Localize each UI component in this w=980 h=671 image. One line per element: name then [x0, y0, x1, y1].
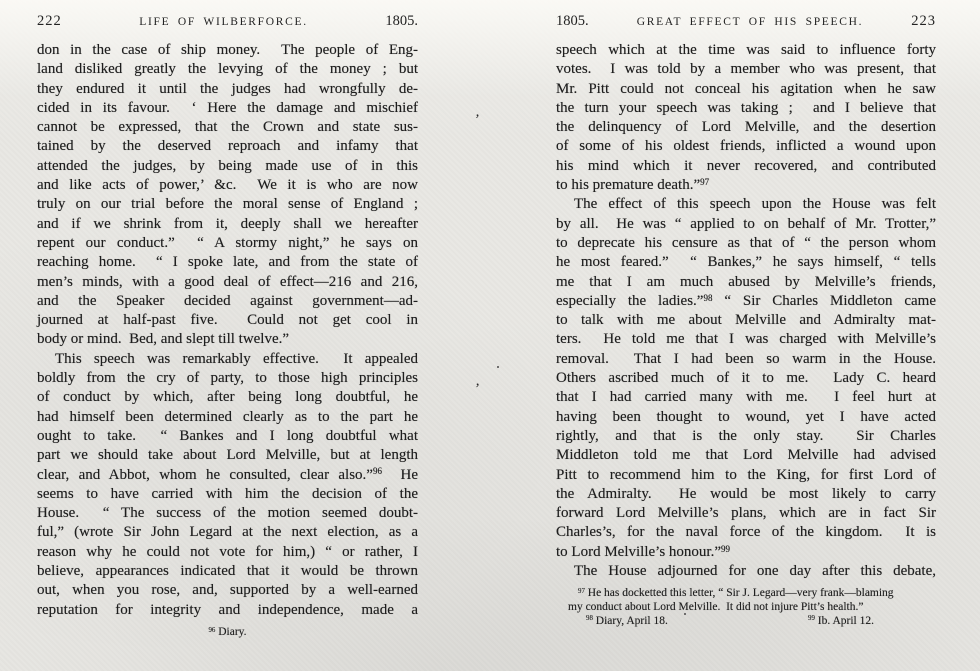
text-line: boldly from the cry of party, to those h… [37, 369, 418, 388]
right-page: 1805. GREAT EFFECT OF HIS SPEECH. 223 sp… [556, 13, 936, 628]
text-line: me that I am much abused by Melville’s f… [556, 273, 936, 292]
text-line: cided in its favour. ‘ Here the damage a… [37, 99, 418, 118]
text-line: believe, appearances indicated that it w… [37, 562, 418, 581]
text-line: they endured it until the judges had wro… [37, 80, 418, 99]
text-line: This speech was remarkably effective. It… [37, 350, 418, 369]
text-line: seems to have carried with him the decis… [37, 485, 418, 504]
text-line: The House adjourned for one day after th… [556, 562, 936, 581]
text-line: House. “ The success of the motion seeme… [37, 504, 418, 523]
right-page-footnotes: 97 He has docketted this letter, “ Sir J… [556, 587, 936, 628]
text-line: don in the case of ship money. The peopl… [37, 41, 418, 60]
text-line: Pitt to recommend him to the King, for f… [556, 466, 936, 485]
text-line: especially the ladies.”98 “ Sir Charles … [556, 292, 936, 311]
left-page-number: 222 [37, 13, 62, 30]
left-page-header: 222 LIFE OF WILBERFORCE. 1805. [37, 13, 418, 29]
text-line: attended the judges, by being made use o… [37, 157, 418, 176]
text-line: that I had carried many with me. I feel … [556, 388, 936, 407]
scan-speck [684, 613, 686, 615]
text-line: rightly, and that is the only stay. Sir … [556, 427, 936, 446]
text-line: reputation for integrity and independenc… [37, 601, 418, 620]
text-line: my conduct about Lord Melville. It did n… [556, 601, 936, 615]
scan-gutter-mark: , [475, 373, 480, 390]
text-line: out, when you rose, and, supported by a … [37, 581, 418, 600]
left-running-title: LIFE OF WILBERFORCE. [139, 16, 308, 28]
left-page-body: don in the case of ship money. The peopl… [37, 41, 418, 620]
right-page-body: speech which at the time was said to inf… [556, 41, 936, 581]
text-line: clear, and Abbot, whom he consulted, cle… [37, 466, 418, 485]
text-line: The effect of this speech upon the House… [556, 195, 936, 214]
text-line: and the Speaker decided against governme… [37, 292, 418, 311]
text-line: reason why he could not vote for him,) “… [37, 543, 418, 562]
text-line: tained by the deserved reproach and infa… [37, 137, 418, 156]
text-line: 98 Diary, April 18.99 Ib. April 12. [556, 615, 936, 629]
text-line: to deprecate his censure as that of “ th… [556, 234, 936, 253]
text-line: repent our conduct.” “ A stormy night,” … [37, 234, 418, 253]
text-line: Mr. Pitt could not conceal his agitation… [556, 80, 936, 99]
text-line: 96 Diary. [37, 626, 418, 640]
text-line: to talk with me about Melville and Admir… [556, 311, 936, 330]
text-line: having been thought to wound, yet I have… [556, 408, 936, 427]
text-line: removal. That I had been so warm in the … [556, 350, 936, 369]
text-line: ters. He told me that I was charged with… [556, 330, 936, 349]
text-line: cannot be expressed, that the Crown and … [37, 118, 418, 137]
text-line: and like acts of power,’ &c. We it is wh… [37, 176, 418, 195]
left-page-year: 1805. [385, 13, 418, 30]
text-line: to his premature death.”97 [556, 176, 936, 195]
right-page-number: 223 [911, 13, 936, 30]
footnote-right: 99 Ib. April 12. [808, 615, 874, 629]
text-line: votes. I was told by a member who was pr… [556, 60, 936, 79]
right-page-year: 1805. [556, 13, 589, 30]
right-running-title: GREAT EFFECT OF HIS SPEECH. [637, 16, 864, 28]
text-line: forward Lord Melville’s plans, which are… [556, 504, 936, 523]
text-line: had himself been determined clearly as t… [37, 408, 418, 427]
text-line: the turn your speech was taking ; and I … [556, 99, 936, 118]
text-line: reaching home. “ I spoke late, and from … [37, 253, 418, 272]
text-line: the delinquency of Lord Melville, and th… [556, 118, 936, 137]
text-line: his mind which it never recovered, and c… [556, 157, 936, 176]
text-line: men’s minds, with a good deal of effect—… [37, 273, 418, 292]
text-line: part we should take about Lord Melville,… [37, 446, 418, 465]
text-line: by all. He was “ applied to on behalf of… [556, 215, 936, 234]
right-page-header: 1805. GREAT EFFECT OF HIS SPEECH. 223 [556, 13, 936, 29]
text-line: speech which at the time was said to inf… [556, 41, 936, 60]
text-line: the Admiralty. He would be most likely t… [556, 485, 936, 504]
text-line: 97 He has docketted this letter, “ Sir J… [556, 587, 936, 601]
footnote-left: 98 Diary, April 18. [586, 615, 668, 629]
text-line: Others ascribed much of it to me. Lady C… [556, 369, 936, 388]
text-line: to Lord Melville’s honour.”99 [556, 543, 936, 562]
scan-gutter-mark: , [475, 104, 481, 121]
text-line: Middleton told me that Lord Melville had… [556, 446, 936, 465]
text-line: of conduct by which, after being long do… [37, 388, 418, 407]
text-line: land disliked greatly the levying of the… [37, 60, 418, 79]
text-line: body or mind. Bed, and slept till twelve… [37, 330, 418, 349]
text-line: Charles’s, for the naval force of the ki… [556, 523, 936, 542]
scan-speck [497, 366, 499, 368]
text-line: of some of his oldest friends, inflicted… [556, 137, 936, 156]
text-line: ought to take. “ Bankes and I long doubt… [37, 427, 418, 446]
left-page: 222 LIFE OF WILBERFORCE. 1805. don in th… [37, 13, 418, 640]
text-line: he most feared.” “ Bankes,” he says hims… [556, 253, 936, 272]
text-line: truly on our trial before the moral sens… [37, 195, 418, 214]
left-page-footnotes: 96 Diary. [37, 626, 418, 640]
text-line: and if we shrink from it, deeply shall w… [37, 215, 418, 234]
text-line: ful,” (wrote Sir John Legard at the next… [37, 523, 418, 542]
text-line: journed at half-past five. Could not get… [37, 311, 418, 330]
book-scan: 222 LIFE OF WILBERFORCE. 1805. don in th… [0, 0, 980, 671]
